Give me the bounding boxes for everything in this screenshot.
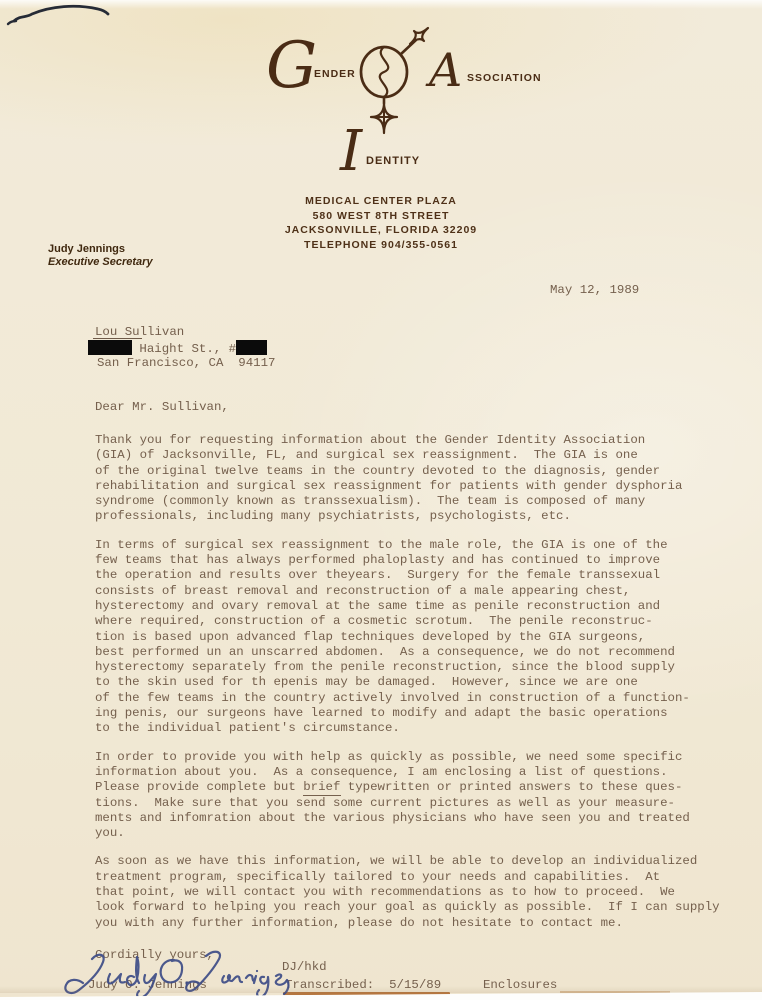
pen-mark [6,2,118,30]
paragraph: In terms of surgical sex reassignment to… [95,538,720,737]
staff-name: Judy Jennings [48,243,153,256]
redaction-box [88,340,132,355]
redaction-box [236,340,267,355]
logo-word-identity: DENTITY [366,155,420,167]
date-line: May 12, 1989 [550,283,639,298]
staff-title: Executive Secretary [48,256,153,269]
org-address-line: 580 WEST 8TH STREET [0,209,762,224]
brief-underline [303,795,341,796]
staff-block: Judy Jennings Executive Secretary [48,243,153,268]
letter-paper: G ENDER A SSOCIATION I DENTITY MEDICAL C… [0,0,762,1000]
paragraph: In order to provide you with help as qui… [95,750,720,842]
paper-bottom-edge [0,986,762,993]
logo-initial-association: A [429,47,462,93]
recipient-city: San Francisco, CA 94117 [97,356,275,371]
org-address-line: JACKSONVILLE, FLORIDA 32209 [0,223,762,238]
recipient-street-line: Haight St., # [88,340,267,357]
paragraph: As soon as we have this information, we … [95,854,720,930]
letter-body: Thank you for requesting information abo… [95,433,720,944]
scanned-letter-page: G ENDER A SSOCIATION I DENTITY MEDICAL C… [0,0,762,1000]
logo-initial-identity: I [340,124,362,180]
logo-initial-gender: G [266,34,317,98]
recipient-street: Haight St., # [132,342,236,356]
recipient-name-underline [93,338,142,339]
paragraph: Thank you for requesting information abo… [95,433,720,525]
org-address-line: MEDICAL CENTER PLAZA [0,194,762,209]
salutation: Dear Mr. Sullivan, [95,400,229,415]
logo-word-association: SSOCIATION [467,72,542,84]
